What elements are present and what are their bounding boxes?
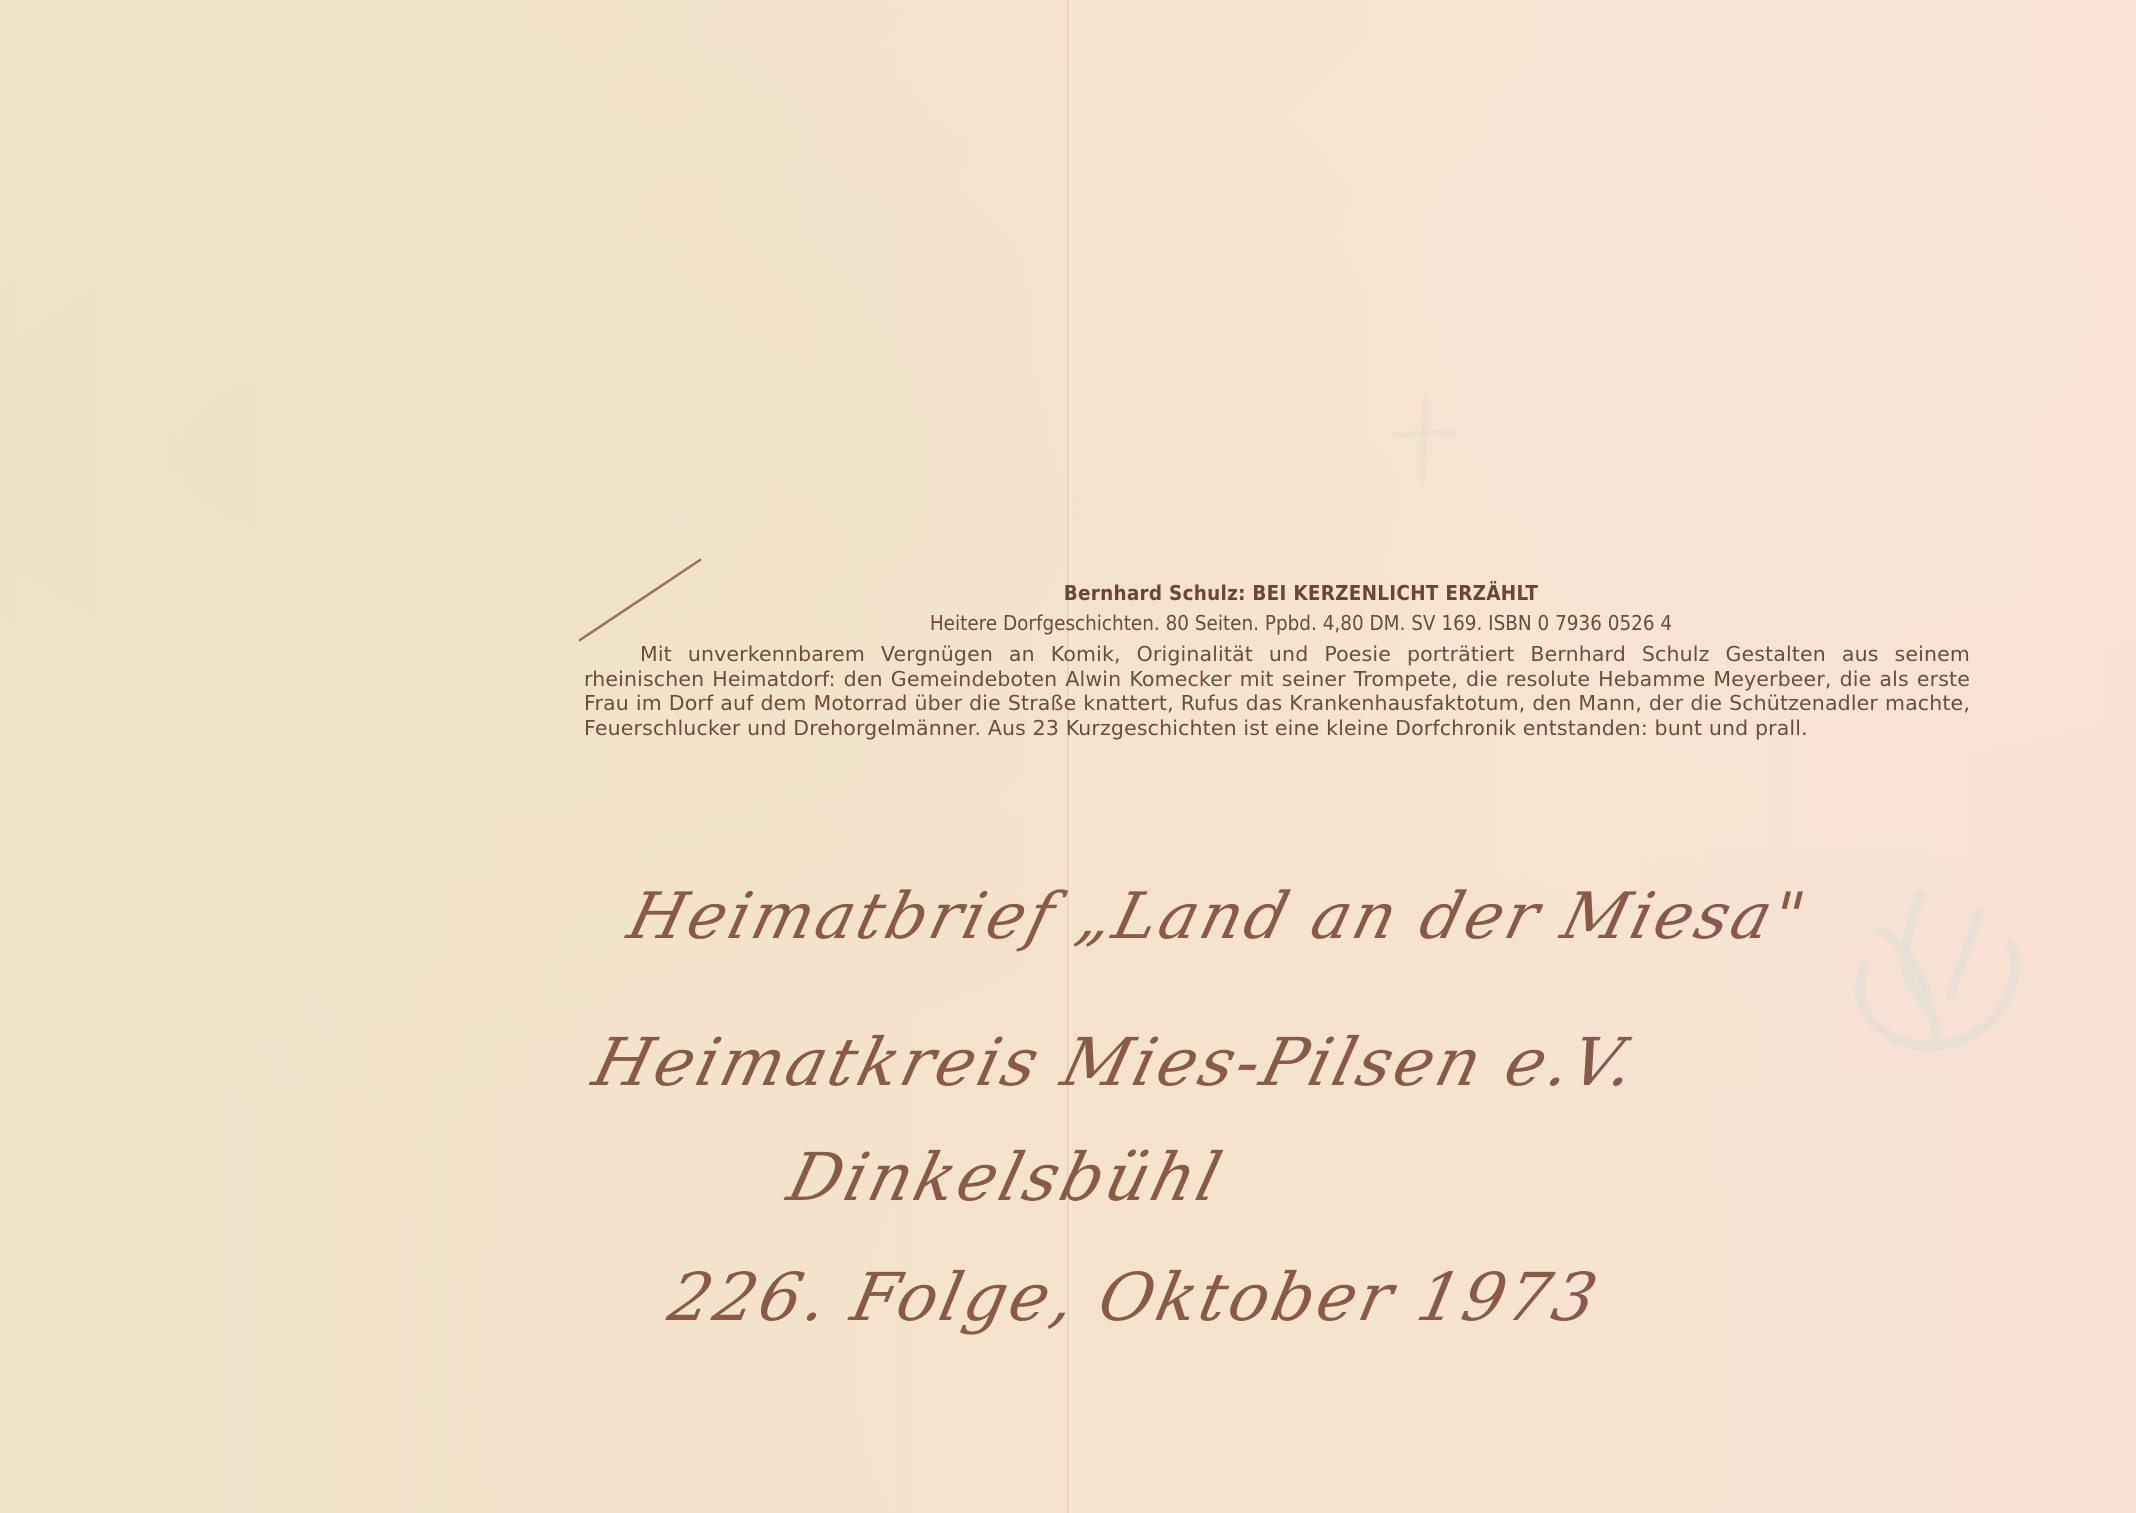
faint-emblem-icon — [1820, 870, 2050, 1070]
book-details: Heitere Dorfgeschichten. 80 Seiten. Ppbd… — [686, 608, 1917, 638]
handwritten-line-association: Heimatkreis Mies-Pilsen e.V. — [587, 1030, 1644, 1096]
book-description: Mit unverkennbarem Vergnügen an Komik, O… — [584, 642, 1970, 740]
book-notice: Bernhard Schulz: BEI KERZENLICHT ERZÄHLT… — [584, 578, 1970, 740]
handwritten-line-publication: Heimatbrief „Land an der Miesa" — [622, 885, 1814, 949]
handwritten-line-issue-date: 226. Folge, Oktober 1973 — [663, 1265, 1605, 1331]
faint-cross-icon — [1385, 395, 1465, 485]
handwritten-line-place: Dinkelsbühl — [782, 1145, 1230, 1211]
book-title: Bernhard Schulz: BEI KERZENLICHT ERZÄHLT — [686, 578, 1917, 608]
